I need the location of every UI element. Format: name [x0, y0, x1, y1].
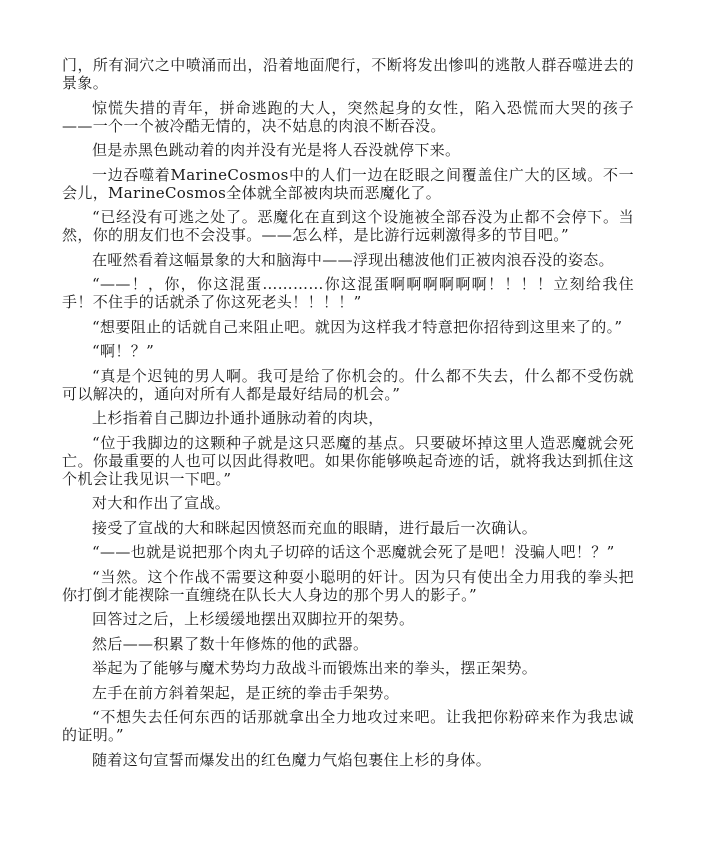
paragraph: “当然。这个作战不需要这种耍小聪明的奸计。因为只有使出全力用我的拳头把你打倒才能… [62, 568, 634, 604]
paragraph: 举起为了能够与魔术势均力敌战斗而锻炼出来的拳头，摆正架势。 [62, 659, 634, 677]
paragraph: 然后——积累了数十年修炼的他的武器。 [62, 635, 634, 653]
paragraph: “真是个迟钝的男人啊。我可是给了你机会的。什么都不失去，什么都不受伤就可以解决的… [62, 367, 634, 403]
paragraph: 在哑然看着这幅景象的大和脑海中——浮现出穗波他们正被肉浪吞没的姿态。 [62, 251, 634, 269]
document-page: 门，所有洞穴之中喷涌而出，沿着地面爬行，不断将发出惨叫的逃散人群吞噬进去的景象。… [62, 56, 634, 775]
paragraph: “已经没有可逃之处了。恶魔化在直到这个设施被全部吞没为止都不会停下。当然，你的朋… [62, 208, 634, 244]
paragraph: “不想失去任何东西的话那就拿出全力地攻过来吧。让我把你粉碎来作为我忠诚的证明。” [62, 708, 634, 744]
paragraph: 对大和作出了宣战。 [62, 494, 634, 512]
paragraph: 左手在前方斜着架起，是正统的拳击手架势。 [62, 684, 634, 702]
paragraph: “——！，你，你这混蛋…………你这混蛋啊啊啊啊啊啊！！！！立刻给我住手！不住手的… [62, 275, 634, 311]
paragraph: “位于我脚边的这颗种子就是这只恶魔的基点。只要破坏掉这里人造恶魔就会死亡。你最重… [62, 434, 634, 488]
paragraph: “啊！？” [62, 342, 634, 360]
paragraph: 惊慌失措的青年，拼命逃跑的大人，突然起身的女性，陷入恐慌而大哭的孩子——一个一个… [62, 99, 634, 135]
paragraph: 回答过之后，上杉缓缓地摆出双脚拉开的架势。 [62, 610, 634, 628]
paragraph: 随着这句宣誓而爆发出的红色魔力气焰包裹住上杉的身体。 [62, 751, 634, 769]
paragraph: “想要阻止的话就自己来阻止吧。就因为这样我才特意把你招待到这里来了的。” [62, 318, 634, 336]
paragraph: 一边吞噬着MarineCosmos中的人们一边在眨眼之间覆盖住广大的区域。不一会… [62, 166, 634, 202]
paragraph: 接受了宣战的大和眯起因愤怒而充血的眼睛，进行最后一次确认。 [62, 519, 634, 537]
paragraph: “——也就是说把那个肉丸子切碎的话这个恶魔就会死了是吧！没骗人吧！？” [62, 543, 634, 561]
paragraph: 门，所有洞穴之中喷涌而出，沿着地面爬行，不断将发出惨叫的逃散人群吞噬进去的景象。 [62, 56, 634, 92]
paragraph: 上杉指着自己脚边扑通扑通脉动着的肉块， [62, 409, 634, 427]
paragraph: 但是赤黑色跳动着的肉并没有光是将人吞没就停下来。 [62, 141, 634, 159]
